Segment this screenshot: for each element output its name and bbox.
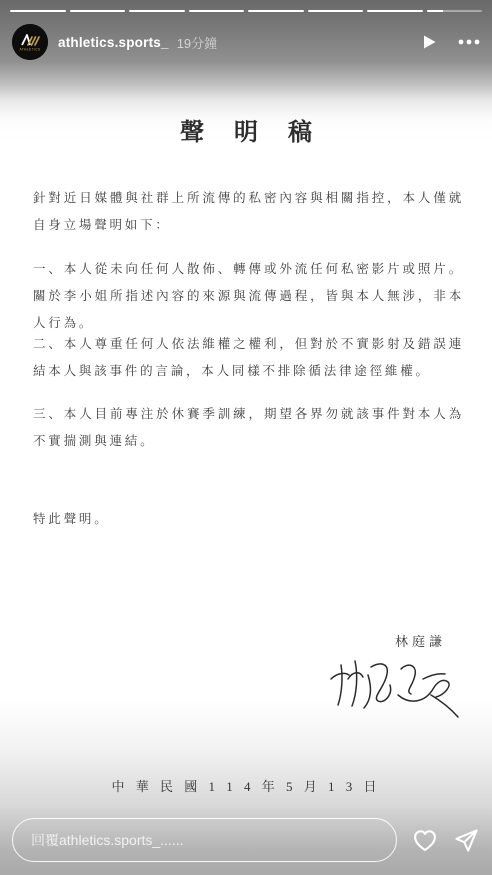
document-date: 中 華 民 國 1 1 4 年 5 月 1 3 日 — [0, 776, 492, 795]
document-title: 聲 明 稿 — [0, 112, 492, 147]
reply-input[interactable] — [31, 832, 378, 848]
story-footer — [12, 818, 480, 862]
signatory-name: 林庭謙 — [395, 631, 446, 650]
story-viewer: ATHLETICS athletics.sports_ 19分鐘 聲 明 稿 針… — [0, 0, 492, 875]
signature-handwriting — [327, 649, 462, 724]
statement-closing: 特此聲明。 — [33, 506, 464, 533]
statement-item-1: 一、本人從未向任何人散佈、轉傳或外流任何私密影片或照片。關於李小姐所指述內容的來… — [33, 256, 464, 337]
like-button[interactable] — [411, 826, 439, 854]
reply-pill[interactable] — [12, 818, 397, 862]
statement-item-3: 三、本人目前專注於休賽季訓練，期望各界勿就該事件對本人為不實揣測與連結。 — [33, 401, 464, 455]
statement-item-2: 二、本人尊重任何人依法維權之權利，但對於不實影射及錯誤連結本人與該事件的言論，本… — [33, 331, 464, 385]
heart-icon — [411, 826, 439, 854]
statement-intro: 針對近日媒體與社群上所流傳的私密內容與相關指控，本人僅就自身立場聲明如下： — [33, 185, 464, 239]
statement-document: 聲 明 稿 針對近日媒體與社群上所流傳的私密內容與相關指控，本人僅就自身立場聲明… — [0, 0, 492, 875]
share-button[interactable] — [453, 827, 480, 854]
paper-plane-icon — [453, 827, 480, 854]
